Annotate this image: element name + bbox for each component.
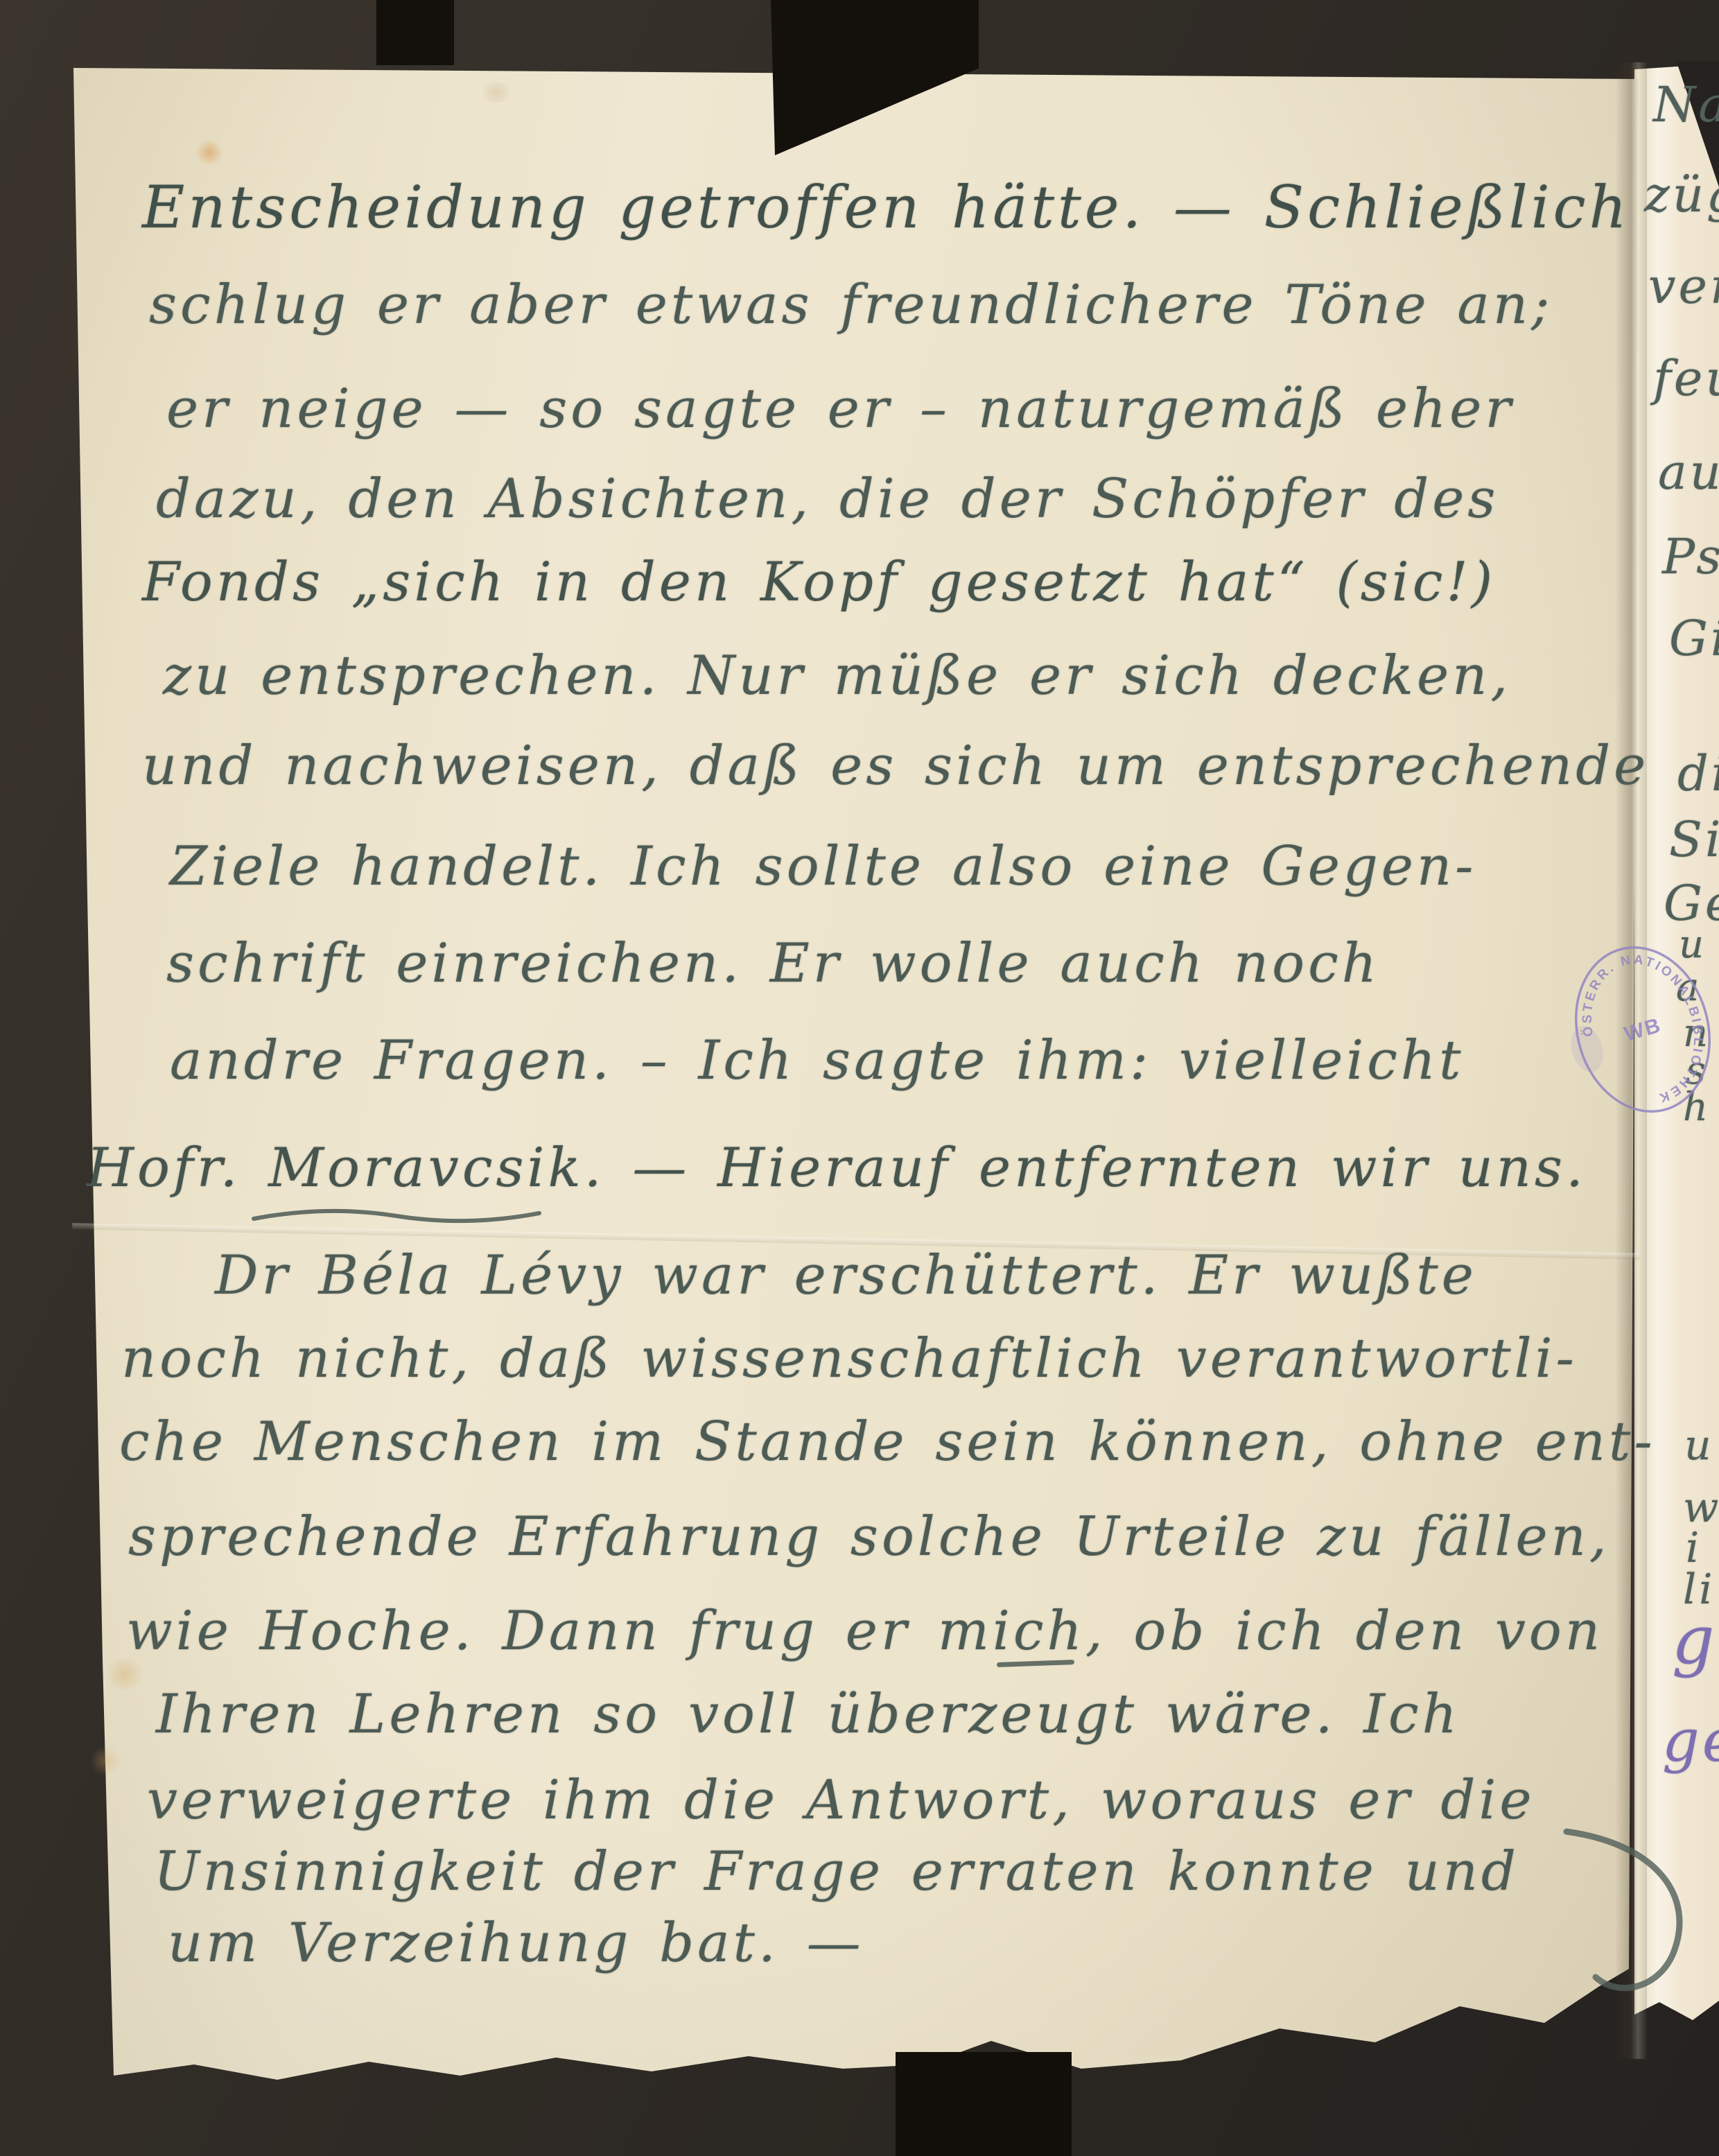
page-edge-fragment: züge [1644, 166, 1719, 223]
stamp-center-text: WB [1622, 1014, 1664, 1046]
page-edge-fragment: aus [1658, 444, 1719, 501]
page-edge-fragment: Nach [1653, 76, 1719, 133]
mounting-strap [376, 0, 454, 65]
mounting-strap [896, 2052, 1072, 2156]
page-edge-fragment: Gi [1669, 610, 1719, 667]
page-edge-fragment: verd [1648, 258, 1719, 315]
letter-scan: Entscheidung getroffen hätte. — Schließl… [0, 0, 1719, 2156]
page-edge-fragment: Si [1669, 811, 1719, 868]
adjacent-page-text: Nach züge verd feu aus Psy Gi di Si Ge u… [0, 0, 1719, 2156]
page-edge-fragment: ge [1662, 1707, 1719, 1775]
page-edge-fragment: di [1677, 745, 1719, 802]
page-edge-fragment: u [1684, 1421, 1714, 1470]
page-edge-fragment: Psy [1662, 528, 1719, 585]
page-edge-fragment: g [1672, 1601, 1717, 1679]
library-stamp: ÖSTERR. NATIONALBIBLIOTHEK WB [1556, 929, 1719, 1130]
page-edge-fragment: feu [1653, 350, 1719, 407]
